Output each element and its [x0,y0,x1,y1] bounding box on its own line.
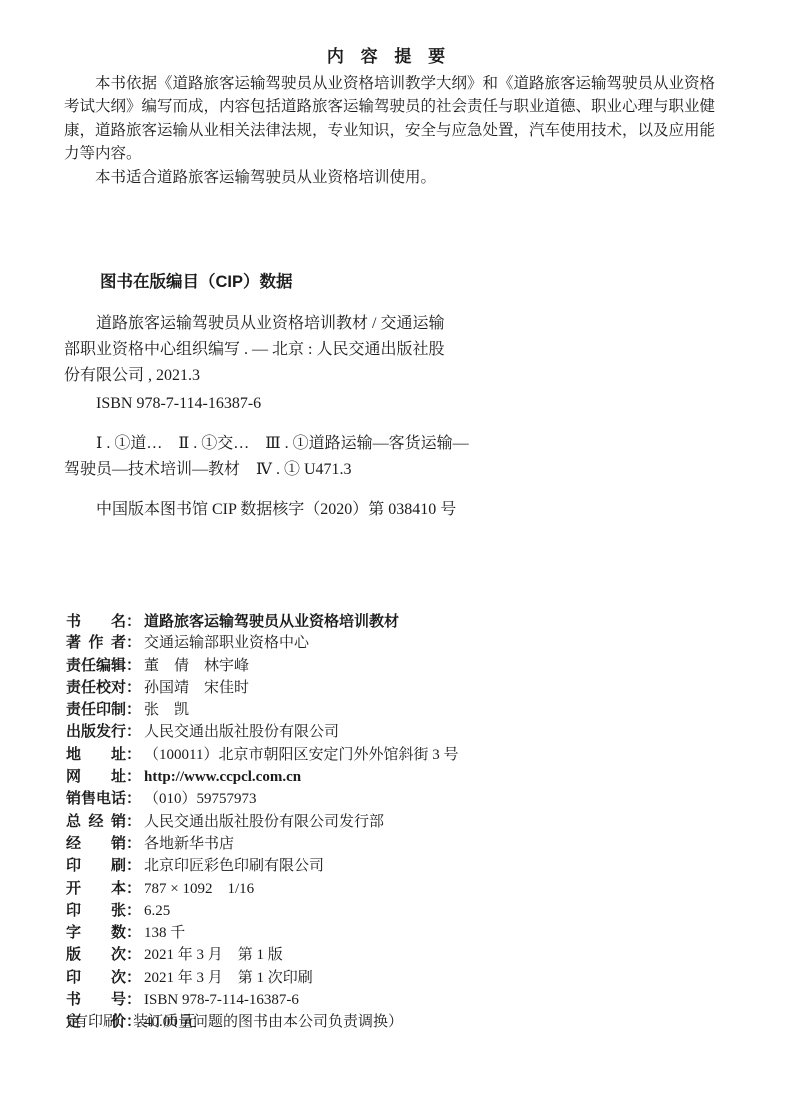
colophon-row: 著作者：交通运输部职业资格中心 [66,632,726,654]
colophon-value: 道路旅客运输驾驶员从业资格培训教材 [144,611,399,632]
colophon-colon: ： [126,967,141,988]
cip-line: 驾驶员—技术培训—教材 Ⅳ . ① U471.3 [64,457,496,483]
cip-line: 份有限公司 , 2021.3 [64,363,496,389]
colophon-label: 字数 [66,922,126,943]
colophon-row: 书名：道路旅客运输驾驶员从业资格培训教材 [66,611,726,632]
colophon-row: 印次：2021 年 3 月 第 1 次印刷 [66,967,726,989]
colophon-row: 责任印制：张 凯 [66,699,726,721]
colophon-colon: ： [126,655,141,676]
colophon-row: 总经销：人民交通出版社股份有限公司发行部 [66,811,726,833]
summary-paragraph-2: 本书适合道路旅客运输驾驶员从业资格培训使用。 [64,166,715,189]
colophon-colon: ： [126,699,141,720]
colophon-colon: ： [126,922,141,943]
colophon-label: 印刷 [66,855,126,876]
cip-line: 中国版本图书馆 CIP 数据核字（2020）第 038410 号 [64,497,496,523]
colophon-row: 地址：（100011）北京市朝阳区安定门外外馆斜街 3 号 [66,744,726,766]
colophon-colon: ： [126,632,141,653]
colophon-value: 人民交通出版社股份有限公司 [144,722,339,743]
colophon-label: 著作者 [66,632,126,653]
colophon-value: （010）59757973 [144,789,257,810]
colophon-value: 人民交通出版社股份有限公司发行部 [144,812,384,833]
colophon-colon: ： [126,878,141,899]
colophon-value: 张 凯 [144,700,189,721]
colophon-label: 书号 [66,989,126,1010]
colophon-row: 字数：138 千 [66,922,726,944]
colophon-row: 版次：2021 年 3 月 第 1 版 [66,944,726,966]
colophon-colon: ： [126,788,141,809]
colophon-list: 书名：道路旅客运输驾驶员从业资格培训教材著作者：交通运输部职业资格中心责任编辑：… [66,611,726,1034]
quality-note: （有印刷、装订质量问题的图书由本公司负责调换） [58,1012,403,1033]
colophon-value: 787 × 1092 1/16 [144,879,254,900]
colophon-colon: ： [126,766,141,787]
colophon-value: （100011）北京市朝阳区安定门外外馆斜街 3 号 [144,745,458,766]
colophon-label: 印张 [66,900,126,921]
colophon-row: 经销：各地新华书店 [66,833,726,855]
colophon-colon: ： [126,855,141,876]
colophon-row: 印刷：北京印匠彩色印刷有限公司 [66,855,726,877]
colophon-value: 各地新华书店 [144,834,234,855]
cip-line: 道路旅客运输驾驶员从业资格培训教材 / 交通运输 [64,311,496,337]
cip-line: 部职业资格中心组织编写 . — 北京 : 人民交通出版社股 [64,337,496,363]
colophon-row: 书号：ISBN 978-7-114-16387-6 [66,989,726,1011]
summary-section: 本书依据《道路旅客运输驾驶员从业资格培训教学大纲》和《道路旅客运输驾驶员从业资格… [64,72,715,189]
colophon-label: 印次 [66,967,126,988]
colophon-value: 董 倩 林宇峰 [144,656,249,677]
colophon-label: 地址 [66,744,126,765]
colophon-label: 版次 [66,944,126,965]
colophon-colon: ： [126,744,141,765]
copyright-page: 内 容 提 要 本书依据《道路旅客运输驾驶员从业资格培训教学大纲》和《道路旅客运… [0,0,790,1094]
colophon-label: 开本 [66,878,126,899]
colophon-value: http://www.ccpcl.com.cn [144,767,301,788]
colophon-label: 经销 [66,833,126,854]
colophon-value: 2021 年 3 月 第 1 次印刷 [144,968,313,989]
colophon-row: 销售电话：（010）59757973 [66,788,726,810]
colophon-row: 责任编辑：董 倩 林宇峰 [66,655,726,677]
colophon-colon: ： [126,721,141,742]
colophon-colon: ： [126,989,141,1010]
colophon-colon: ： [126,611,141,632]
colophon-row: 责任校对：孙国靖 宋佳时 [66,677,726,699]
colophon-row: 网址：http://www.ccpcl.com.cn [66,766,726,788]
colophon-label: 出版发行 [66,721,126,742]
summary-title: 内 容 提 要 [64,46,714,68]
colophon-row: 开本：787 × 1092 1/16 [66,878,726,900]
colophon-label: 网址 [66,766,126,787]
cip-line: Ⅰ . ①道… Ⅱ . ①交… Ⅲ . ①道路运输—客货运输— [64,431,496,457]
colophon-value: 138 千 [144,923,185,944]
colophon-colon: ： [126,944,141,965]
colophon-value: 2021 年 3 月 第 1 版 [144,945,283,966]
colophon-value: 交通运输部职业资格中心 [144,633,309,654]
colophon-row: 出版发行：人民交通出版社股份有限公司 [66,721,726,743]
colophon-value: 北京印匠彩色印刷有限公司 [144,856,324,877]
colophon-colon: ： [126,677,141,698]
colophon-value: ISBN 978-7-114-16387-6 [144,990,299,1011]
colophon-colon: ： [126,811,141,832]
colophon-label: 责任校对 [66,677,126,698]
colophon-label: 责任编辑 [66,655,126,676]
colophon-row: 印张：6.25 [66,900,726,922]
cip-line: ISBN 978-7-114-16387-6 [64,391,496,417]
colophon-value: 孙国靖 宋佳时 [144,678,249,699]
colophon-label: 责任印制 [66,699,126,720]
summary-paragraph-1: 本书依据《道路旅客运输驾驶员从业资格培训教学大纲》和《道路旅客运输驾驶员从业资格… [64,72,715,166]
colophon-label: 销售电话 [66,788,126,809]
colophon-value: 6.25 [144,901,170,922]
colophon-colon: ： [126,833,141,854]
colophon-label: 书名 [66,611,126,632]
colophon-label: 总经销 [66,811,126,832]
cip-record-block: 道路旅客运输驾驶员从业资格培训教材 / 交通运输部职业资格中心组织编写 . — … [64,311,496,523]
cip-heading: 图书在版编目（CIP）数据 [64,271,293,293]
colophon-colon: ： [126,900,141,921]
